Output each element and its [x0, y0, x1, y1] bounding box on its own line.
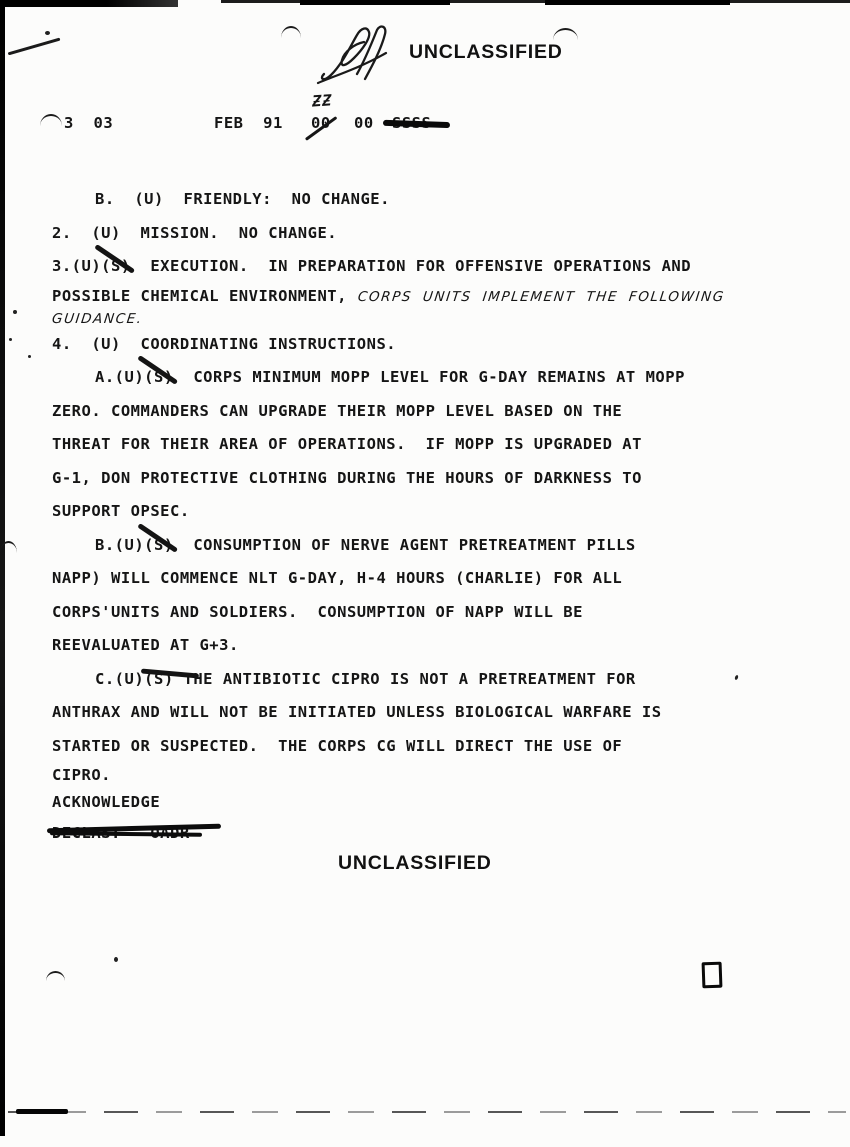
- bottom-scan-blob: [16, 1109, 68, 1114]
- typed-text: THE ANTIBIOTIC CIPRO IS NOT A PRETREATME…: [174, 670, 636, 688]
- struck-classification-marker: (S): [144, 361, 174, 395]
- typed-text: ACKNOWLEDGE: [52, 793, 160, 811]
- scan-top-edge-left: [0, 0, 178, 7]
- typed-text: ZERO. COMMANDERS CAN UPGRADE THEIR MOPP …: [52, 402, 622, 420]
- text-line: THREAT FOR THEIR AREA OF OPERATIONS. IF …: [52, 428, 832, 462]
- pen-speck: [9, 338, 12, 341]
- text-line: NAPP) WILL COMMENCE NLT G-DAY, H-4 HOURS…: [52, 562, 832, 596]
- text-line: G-1, DON PROTECTIVE CLOTHING DURING THE …: [52, 462, 832, 496]
- text-line: DECLAS: OADR: [52, 817, 832, 851]
- typed-text: POSSIBLE CHEMICAL ENVIRONMENT,: [52, 287, 347, 305]
- pen-dot: [45, 31, 50, 35]
- top-classification: UNCLASSIFIED: [409, 41, 563, 64]
- pen-diagonal-stroke: [8, 38, 61, 55]
- bottom-classification: UNCLASSIFIED: [338, 852, 492, 875]
- typed-text: C.(U): [95, 670, 144, 688]
- text-line: ANTHRAX AND WILL NOT BE INITIATED UNLESS…: [52, 696, 832, 730]
- typed-text: 2. (U) MISSION. NO CHANGE.: [52, 224, 337, 242]
- text-line: CORPS'UNITS AND SOLDIERS. CONSUMPTION OF…: [52, 596, 832, 630]
- text-line: 3.(U)(S) EXECUTION. IN PREPARATION FOR O…: [52, 250, 832, 284]
- text-line: B. (U) FRIENDLY: NO CHANGE.: [52, 183, 832, 217]
- typed-text: G-1, DON PROTECTIVE CLOTHING DURING THE …: [52, 469, 642, 487]
- typed-text: A.(U): [95, 368, 144, 386]
- handwritten-text: GUIDANCE.: [51, 309, 144, 329]
- scanned-document-page: UNCLASSIFIED UNCLASSIFIED 3 03 FEB 91 00…: [0, 0, 850, 1147]
- header-serial: 3 03: [64, 114, 113, 132]
- handwritten-timezone: ƵƵ: [311, 91, 333, 110]
- text-line: A.(U)(S) CORPS MINIMUM MOPP LEVEL FOR G-…: [52, 361, 832, 395]
- bottom-dashed-scan-line: [8, 1111, 846, 1113]
- handwritten-text: CORPS UNITS IMPLEMENT THE FOLLOWING: [345, 285, 726, 309]
- pen-speck: [13, 310, 17, 314]
- text-line: ZERO. COMMANDERS CAN UPGRADE THEIR MOPP …: [52, 395, 832, 429]
- typed-text: CONSUMPTION OF NERVE AGENT PRETREATMENT …: [174, 536, 636, 554]
- text-line: SUPPORT OPSEC.: [52, 495, 832, 529]
- typed-text: SUPPORT OPSEC.: [52, 502, 190, 520]
- text-line: B.(U)(S) CONSUMPTION OF NERVE AGENT PRET…: [52, 529, 832, 563]
- struck-classification-code: SSSS: [392, 114, 431, 132]
- text-line: REEVALUATED AT G+3.: [52, 629, 832, 663]
- typed-text: B. (U) FRIENDLY: NO CHANGE.: [95, 190, 390, 208]
- typed-text: THREAT FOR THEIR AREA OF OPERATIONS. IF …: [52, 435, 642, 453]
- scan-left-edge: [0, 5, 5, 1136]
- struck-classification-marker: (S): [144, 663, 174, 697]
- typed-text: 3.(U): [52, 257, 101, 275]
- header-date: FEB 91: [214, 114, 283, 132]
- typed-text: CORPS'UNITS AND SOLDIERS. CONSUMPTION OF…: [52, 603, 583, 621]
- struck-classification-marker: (S): [101, 250, 131, 284]
- scan-top-edge-dark-segment: [300, 0, 450, 5]
- struck-classification-marker: (S): [144, 529, 174, 563]
- text-line: 2. (U) MISSION. NO CHANGE.: [52, 217, 832, 251]
- pen-arc-mark: [281, 26, 301, 38]
- pen-speck: [28, 355, 31, 358]
- typed-text: NAPP) WILL COMMENCE NLT G-DAY, H-4 HOURS…: [52, 569, 622, 587]
- text-line: GUIDANCE.: [52, 308, 832, 328]
- typed-text: CIPRO.: [52, 766, 111, 784]
- typed-text: 4. (U) COORDINATING INSTRUCTIONS.: [52, 335, 396, 353]
- pen-arc-mark: [0, 541, 17, 553]
- hand-drawn-square-mark: [702, 962, 723, 989]
- text-line: C.(U)(S) THE ANTIBIOTIC CIPRO IS NOT A P…: [52, 663, 832, 697]
- signature-scribble: [316, 24, 400, 86]
- document-body-text: B. (U) FRIENDLY: NO CHANGE.2. (U) MISSIO…: [52, 183, 832, 851]
- pen-apostrophe-mark: [114, 957, 118, 962]
- text-line: ACKNOWLEDGE: [52, 787, 832, 817]
- scan-top-edge-dark-segment2: [545, 0, 730, 5]
- pen-arc-mark: [553, 28, 578, 40]
- struck-declassification-text: DECLAS: OADR: [52, 817, 190, 851]
- typed-text: ANTHRAX AND WILL NOT BE INITIATED UNLESS…: [52, 703, 662, 721]
- message-header-line: 3 03 FEB 91 00ƵƵ 00 SSSS: [0, 114, 850, 140]
- typed-text: REEVALUATED AT G+3.: [52, 636, 239, 654]
- typed-text: STARTED OR SUSPECTED. THE CORPS CG WILL …: [52, 737, 622, 755]
- text-line: CIPRO.: [52, 763, 832, 787]
- text-line: 4. (U) COORDINATING INSTRUCTIONS.: [52, 328, 832, 362]
- typed-text: B.(U): [95, 536, 144, 554]
- pen-arc-mark: [46, 971, 65, 981]
- typed-text: EXECUTION. IN PREPARATION FOR OFFENSIVE …: [131, 257, 691, 275]
- header-time: 00: [354, 114, 374, 132]
- text-line: STARTED OR SUSPECTED. THE CORPS CG WILL …: [52, 730, 832, 764]
- typed-text: CORPS MINIMUM MOPP LEVEL FOR G-DAY REMAI…: [174, 368, 685, 386]
- text-line: POSSIBLE CHEMICAL ENVIRONMENT, CORPS UNI…: [52, 284, 832, 308]
